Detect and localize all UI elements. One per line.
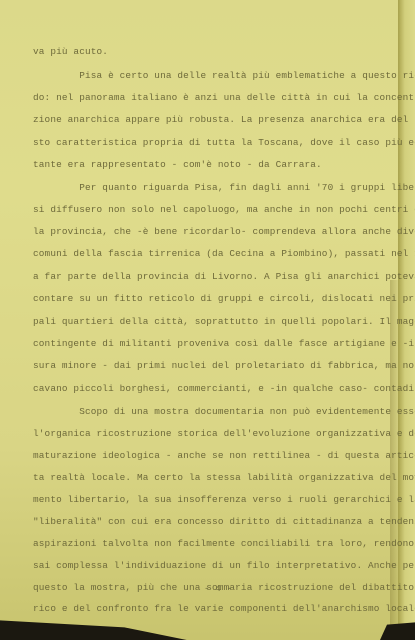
text-line: contingente di militanti proveniva così … xyxy=(33,338,415,350)
text-line: mento libertario, la sua insofferenza ve… xyxy=(33,494,415,506)
text-line: Scopo di una mostra documentaria non può… xyxy=(33,406,415,418)
page-number: - 4 - xyxy=(204,583,232,594)
text-line: va più acuto. xyxy=(33,46,108,58)
text-line: a far parte della provincia di Livorno. … xyxy=(33,271,415,283)
text-line: sura minore - dai primi nuclei del prole… xyxy=(33,360,415,372)
text-line: zione anarchica appare più robusta. La p… xyxy=(33,114,415,126)
text-line: ta realtà locale. Ma certo la stessa lab… xyxy=(33,472,415,484)
text-line: "liberalità" con cui era concesso diritt… xyxy=(33,516,415,528)
text-line: la provincia, che -è bene ricordarlo- co… xyxy=(33,226,415,238)
text-line: tante era rappresentato - com'è noto - d… xyxy=(33,159,322,171)
text-line: maturazione ideologica - anche se non re… xyxy=(33,450,415,462)
text-line: Pisa è certo una delle realtà più emblem… xyxy=(33,70,415,82)
text-line: comuni della fascia tirrenica (da Cecina… xyxy=(33,248,415,260)
text-line: pali quartieri della città, soprattutto … xyxy=(33,316,415,328)
text-line: l'organica ricostruzione storica dell'ev… xyxy=(33,428,415,440)
text-line: cavano piccoli borghesi, commercianti, e… xyxy=(33,383,415,395)
text-line: Per quanto riguarda Pisa, fin dagli anni… xyxy=(33,182,415,194)
text-line: sto caratteristica propria di tutta la T… xyxy=(33,137,415,149)
text-line: sai complessa l'individuazione di un fil… xyxy=(33,560,415,572)
text-line: aspirazioni talvolta non facilmente conc… xyxy=(33,538,415,550)
text-line: si diffusero non solo nel capoluogo, ma … xyxy=(33,204,415,216)
text-line: do: nel panorama italiano è anzi una del… xyxy=(33,92,415,104)
text-line: contare su un fitto reticolo di gruppi e… xyxy=(33,293,415,305)
text-line: rico e del confronto fra le varie compon… xyxy=(33,603,415,615)
